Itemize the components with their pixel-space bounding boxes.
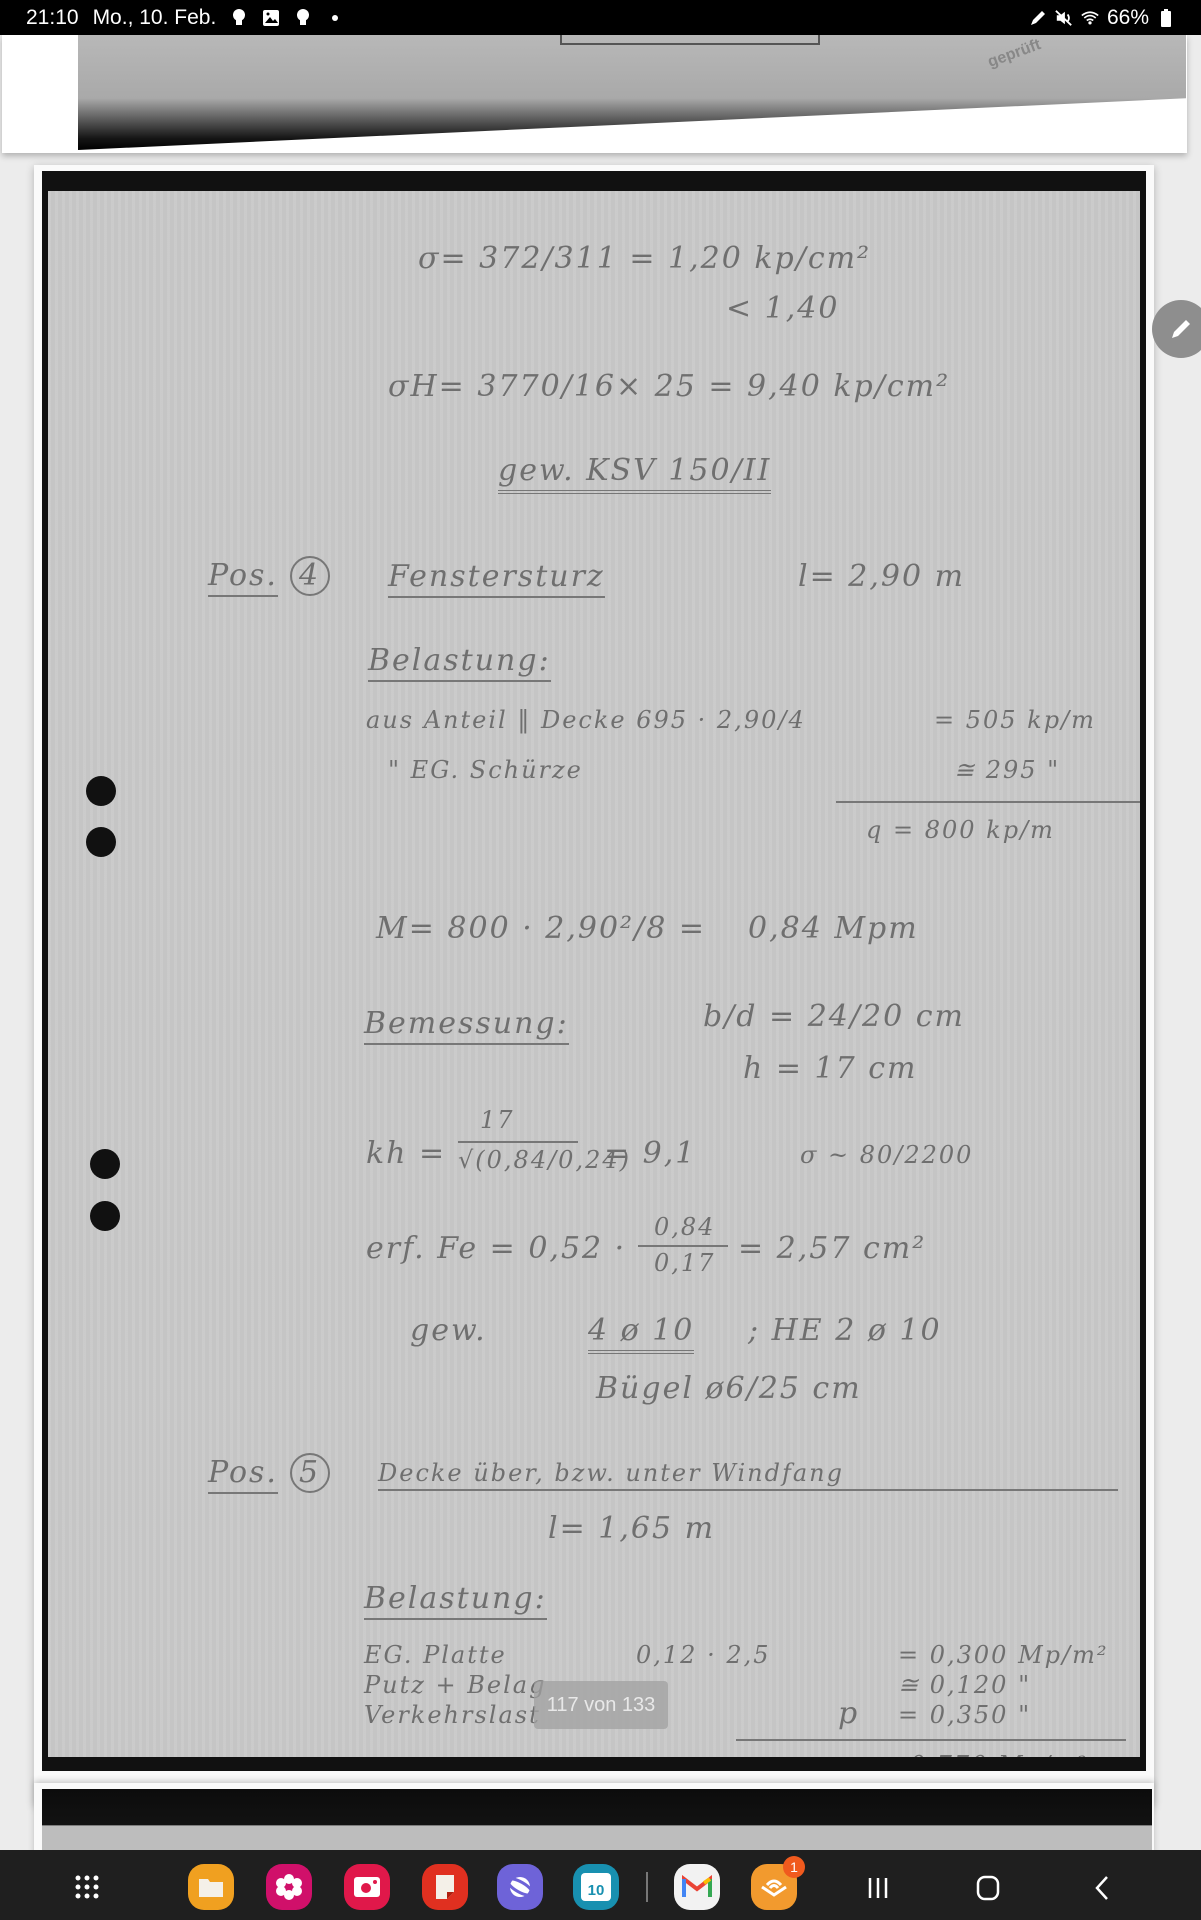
- home-button[interactable]: [968, 1868, 1008, 1908]
- row3-p: p: [838, 1696, 859, 1731]
- bulb-icon: [230, 9, 248, 27]
- previous-page-box-drawing: [560, 35, 820, 45]
- pos5-number: 5: [290, 1453, 330, 1493]
- total-q-value: = 0,770 Mp/m²: [878, 1751, 1088, 1771]
- design-h: h = 17 cm: [743, 1051, 918, 1086]
- punch-hole: [86, 827, 116, 857]
- kh-label: kh =: [366, 1136, 446, 1171]
- recents-button[interactable]: [858, 1868, 898, 1908]
- taskbar-divider: [646, 1872, 648, 1902]
- hw-line-stress-h: σH= 3770/16× 25 = 9,40 kp/cm²: [388, 369, 950, 404]
- fe-denominator: 0,17: [654, 1249, 715, 1277]
- row1-label: EG. Platte: [364, 1641, 507, 1669]
- grid-icon: [74, 1874, 100, 1900]
- previous-page[interactable]: geprüft: [2, 35, 1187, 153]
- recents-icon: [866, 1877, 890, 1899]
- date: Mo., 10. Feb.: [93, 6, 217, 30]
- samsung-notes-app[interactable]: [422, 1864, 468, 1910]
- fe-fraction-rule: [638, 1245, 728, 1247]
- stirrups: Bügel ø6/25 cm: [596, 1371, 862, 1406]
- punch-hole: [86, 776, 116, 806]
- sum-rule-2: [736, 1739, 1126, 1741]
- page-scan: σ= 372/311 = 1,20 kp/cm² < 1,40 σH= 3770…: [42, 171, 1146, 1771]
- row1-value: = 0,300 Mp/m²: [898, 1641, 1108, 1669]
- wifi-icon: [1081, 9, 1099, 27]
- fe-numerator: 0,84: [654, 1213, 715, 1241]
- back-button[interactable]: [1082, 1868, 1122, 1908]
- edit-button[interactable]: [1152, 300, 1201, 358]
- bulb-icon: [294, 9, 312, 27]
- pencil-icon: [1168, 316, 1194, 342]
- row3-label: Verkehrslast: [364, 1701, 541, 1729]
- dot-icon: [326, 9, 344, 27]
- app-drawer-button[interactable]: [64, 1864, 110, 1910]
- notes-icon: [433, 1874, 457, 1900]
- my-files-app[interactable]: [188, 1864, 234, 1910]
- hw-line-limit: < 1,40: [726, 291, 839, 326]
- hw-line-stress: σ= 372/311 = 1,20 kp/cm²: [418, 241, 871, 276]
- back-chevron-icon: [1094, 1875, 1110, 1901]
- load-line-1-label: aus Anteil ‖ Decke 695 · 2,90/4: [366, 706, 806, 734]
- row2-label: Putz + Belag: [364, 1671, 546, 1699]
- punch-hole: [90, 1149, 120, 1179]
- clock: 21:10: [26, 6, 79, 30]
- load-heading-2: Belastung:: [364, 1581, 547, 1620]
- camera-icon: [353, 1875, 381, 1899]
- galaxy-store-app[interactable]: [266, 1864, 312, 1910]
- notification-badge: 1: [783, 1856, 805, 1878]
- fe-label: erf. Fe = 0,52 ·: [366, 1231, 626, 1266]
- current-page[interactable]: σ= 372/311 = 1,20 kp/cm² < 1,40 σH= 3770…: [34, 165, 1154, 1805]
- samsung-internet-app[interactable]: [497, 1864, 543, 1910]
- chosen-he: ; HE 2 ø 10: [748, 1313, 942, 1348]
- planet-icon: [505, 1872, 535, 1902]
- row1-calc: 0,12 · 2,5: [636, 1641, 771, 1669]
- load-total: q = 800 kp/m: [866, 816, 1055, 844]
- image-icon: [262, 9, 280, 27]
- battery-icon: [1157, 9, 1175, 27]
- pen-icon: [1029, 9, 1047, 27]
- fe-value: = 2,57 cm²: [738, 1231, 926, 1266]
- next-page-scan: [42, 1789, 1152, 1850]
- kh-value: = 9,1: [604, 1136, 696, 1171]
- calendar-app[interactable]: 10: [573, 1864, 619, 1910]
- pos4-heading: Pos. 4: [208, 556, 330, 596]
- sum-rule: [836, 801, 1146, 803]
- design-heading: Bemessung:: [364, 1006, 569, 1045]
- moment-value: 0,84 Mpm: [748, 911, 919, 946]
- gmail-icon: [682, 1875, 712, 1899]
- total-q-label: q: [806, 1749, 827, 1771]
- home-icon: [976, 1875, 1000, 1901]
- pos4-number: 4: [290, 556, 330, 596]
- load-line-2-label: " EG. Schürze: [388, 756, 583, 784]
- folder-icon: [198, 1876, 224, 1898]
- load-line-2-value: ≅ 295 ": [954, 756, 1060, 784]
- audible-app[interactable]: 1: [751, 1864, 797, 1910]
- moment-formula: M= 800 · 2,90²/8 =: [376, 911, 706, 946]
- pos4-length: l= 2,90 m: [798, 559, 965, 594]
- pos5-title: Decke über, bzw. unter Windfang: [378, 1459, 1118, 1491]
- gmail-app[interactable]: [674, 1864, 720, 1910]
- page-indicator: 117 von 133: [534, 1681, 668, 1729]
- row3-value: = 0,350 ": [898, 1701, 1031, 1729]
- sigma-ratio: σ ~ 80/2200: [800, 1141, 973, 1169]
- hw-line-chosen-ksv: gew. KSV 150/II: [498, 453, 771, 494]
- pos5-length: l= 1,65 m: [548, 1511, 715, 1546]
- kh-numerator: 17: [480, 1106, 515, 1134]
- document-viewer[interactable]: geprüft σ= 372/311 = 1,20 kp/cm² < 1,40 …: [0, 35, 1201, 1850]
- row2-value: ≅ 0,120 ": [898, 1671, 1031, 1699]
- chosen-rebar: 4 ø 10: [588, 1313, 694, 1354]
- audible-icon: [759, 1875, 789, 1899]
- load-heading: Belastung:: [368, 643, 551, 682]
- taskbar: 10 1: [0, 1850, 1201, 1920]
- battery-percent: 66%: [1107, 6, 1149, 30]
- pos4-title: Fenstersturz: [388, 559, 605, 598]
- kh-fraction-rule: [458, 1141, 578, 1143]
- status-bar: 21:10 Mo., 10. Feb. 66%: [0, 0, 1201, 35]
- next-page[interactable]: [34, 1783, 1154, 1850]
- calendar-icon: 10: [581, 1873, 611, 1901]
- punch-hole: [90, 1201, 120, 1231]
- camera-app[interactable]: [344, 1864, 390, 1910]
- flower-icon: [275, 1873, 303, 1901]
- load-line-1-value: = 505 kp/m: [934, 706, 1096, 734]
- mute-icon: [1055, 9, 1073, 27]
- chosen-label: gew.: [410, 1313, 487, 1348]
- design-bd: b/d = 24/20 cm: [703, 999, 965, 1034]
- pos5-heading: Pos. 5: [208, 1453, 330, 1493]
